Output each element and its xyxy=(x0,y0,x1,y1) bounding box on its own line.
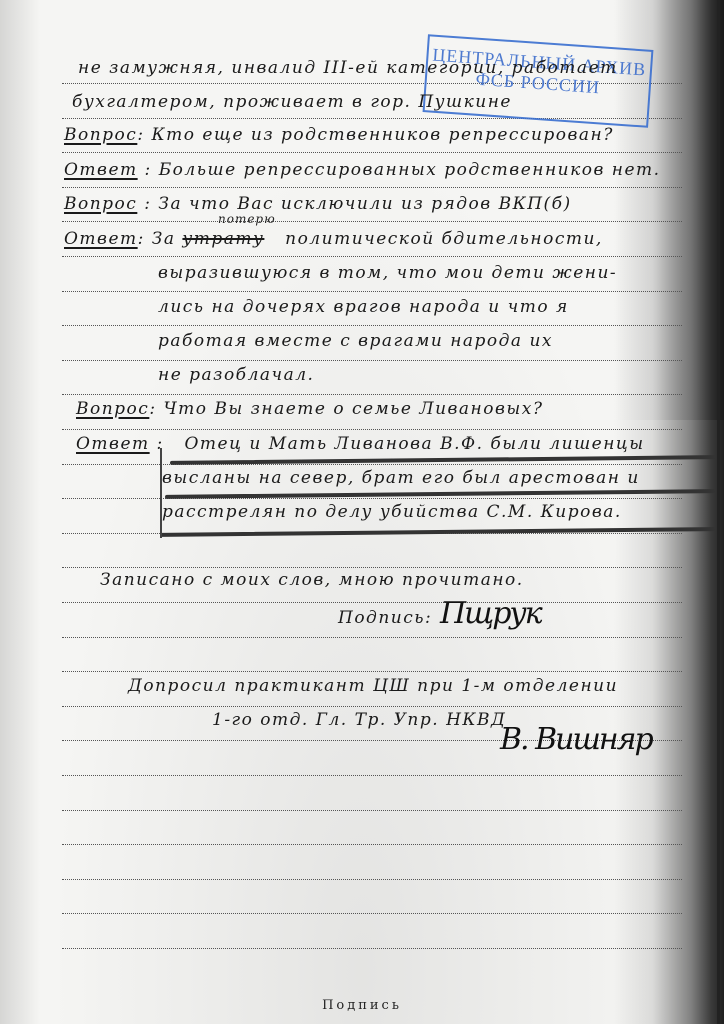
ruled-line xyxy=(62,948,682,949)
question-label: Вопрос xyxy=(76,399,149,419)
ruled-line xyxy=(62,187,682,188)
question-label: Вопрос xyxy=(64,194,137,214)
text-line-8: лись на дочерях врагов народа и что я xyxy=(158,297,569,317)
text-line-1: не замужняя, инвалид III-ей категории, р… xyxy=(78,58,618,78)
question-text: Что Вы знаете о семье Ливановых? xyxy=(163,399,543,419)
answer-label: Ответ xyxy=(64,229,138,249)
text-line-14: расстрелян по делу убийства С.М. Кирова. xyxy=(162,502,622,522)
ruled-line xyxy=(62,256,682,257)
footer-signature-caption: Подпись xyxy=(0,998,724,1013)
interrogator-line-2: 1-го отд. Гл. Тр. Упр. НКВД xyxy=(212,710,506,730)
question-2: Вопрос : За что Вас исключили из рядов В… xyxy=(64,194,572,214)
margin-bracket xyxy=(160,448,162,538)
ruled-line xyxy=(62,671,682,672)
answer-2: Ответ: За утрату политической бдительнос… xyxy=(64,229,603,249)
ruled-line xyxy=(62,325,682,326)
correction-text: потерю xyxy=(218,212,276,226)
ruled-line xyxy=(62,913,682,914)
text-line-7: выразившуюся в том, что мои дети жени- xyxy=(158,263,617,283)
answer-text-start: За xyxy=(152,229,176,249)
text-line-13: высланы на север, брат его был арестован… xyxy=(162,468,640,488)
ruled-line xyxy=(62,152,682,153)
ruled-line xyxy=(62,706,682,707)
page-edge xyxy=(717,0,720,1024)
answer-text: Отец и Мать Ливанова В.Ф. были лишенцы xyxy=(185,434,645,454)
question-1: Вопрос: Кто еще из родственников репресс… xyxy=(64,125,614,145)
answer-label: Ответ xyxy=(76,434,150,454)
archive-stamp: ЦЕНТРАЛЬНЫЙ АРХИВ ФСБ РОССИИ xyxy=(423,34,654,128)
ruled-line xyxy=(62,567,682,568)
recorded-statement: Записано с моих слов, мною прочитано. xyxy=(100,570,524,590)
ruled-line xyxy=(62,844,682,845)
interrogator-signature: В. Вишняр xyxy=(500,722,652,757)
signature-label: Подпись: xyxy=(338,608,432,628)
ruled-line xyxy=(62,498,682,499)
ruled-line xyxy=(62,291,682,292)
ruled-line xyxy=(62,810,682,811)
answer-text: Больше репрессированных родственников не… xyxy=(159,160,661,180)
ruled-line xyxy=(62,394,682,395)
ruled-line xyxy=(62,221,682,222)
answer-1: Ответ : Больше репрессированных родствен… xyxy=(64,160,661,180)
question-3: Вопрос: Что Вы знаете о семье Ливановых? xyxy=(76,399,543,419)
struck-word: утрату xyxy=(182,229,264,249)
text-line-9: работая вместе с врагами народа их xyxy=(158,331,553,351)
ruled-line xyxy=(62,637,682,638)
ruled-line xyxy=(62,360,682,361)
question-text: Кто еще из родственников репрессирован? xyxy=(151,125,613,145)
question-text: За что Вас исключили из рядов ВКП(б) xyxy=(158,194,571,214)
text-line-10: не разоблачал. xyxy=(158,365,314,385)
answer-label: Ответ xyxy=(64,160,138,180)
ruled-line xyxy=(62,775,682,776)
ruled-line xyxy=(62,429,682,430)
answer-text-end: политической бдительности, xyxy=(285,229,603,249)
ruled-line xyxy=(62,464,682,465)
ruled-line xyxy=(62,879,682,880)
text-line-2: бухгалтером, проживает в гор. Пушкине xyxy=(72,92,512,112)
witness-signature: Пщрук xyxy=(440,596,541,631)
ruled-line xyxy=(62,602,682,603)
document-page: ЦЕНТРАЛЬНЫЙ АРХИВ ФСБ РОССИИ не замужняя… xyxy=(0,0,724,1024)
question-label: Вопрос xyxy=(64,125,137,145)
interrogator-line-1: Допросил практикант ЦШ при 1-м отделении xyxy=(128,676,618,696)
